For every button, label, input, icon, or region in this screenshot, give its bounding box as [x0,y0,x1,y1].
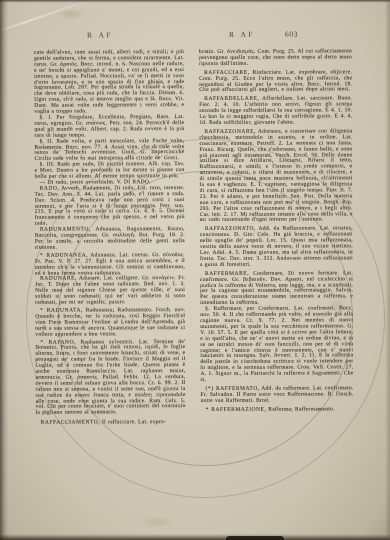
entry-headword: * RADUNANZA [40,252,86,258]
entry-headword: RADO [40,185,58,191]
running-head-right: R AF [229,30,255,39]
scanned-book-page: R AF R AF 603 cata dell'alveo, rami assa… [0,0,390,540]
column-left: cata dell'alveo, rami assai radi, alberi… [34,50,186,427]
scan-edge-top [0,0,390,3]
entry-paragraph: RADUNAMENTO, Adunanza, Ragunamento, Raun… [35,227,185,251]
entry-paragraph: * RADUNANZA, Adunanza. Lat. coetus. Gr. … [35,253,185,277]
entry-headword: (*) RAFFERMATO [206,386,258,392]
text-paragraph: §. II. Rade volte, e parti mescolate, va… [34,139,184,163]
entry-paragraph: * RAFFERMAZIONE, Rafferma; Raffermamento… [201,407,354,414]
text-paragraph: §. III. Rado per rado, Di picciol numero… [35,162,185,180]
entry-paragraph: RADO, Avverb. Radamente, Di rado. Lat. r… [35,186,185,228]
entry-headword: RADUNAMENTO [40,227,89,233]
entry-headword: RAFFARDELLARE [204,96,257,102]
entry-headword: * RADUNATA [40,307,81,313]
entry-headword: RADUNARE [40,276,75,282]
scan-bottom-blot [226,536,284,540]
entry-paragraph: RAFFAZZONARE, Adornare, e riassettare co… [199,129,352,224]
scan-edge-bottom [0,534,390,540]
entry-paragraph: RAFFAZZONATO, Add. da Raffazzonare. Lat.… [200,227,353,269]
entry-paragraph: RAFFACCIAMENTO, Il raffacciare. Lat. exp… [36,420,186,427]
text-paragraph: cata dell'alveo, rami assai radi, alberi… [34,50,184,116]
entry-paragraph: RAFFARDELLARE, Affardellare. Lat. sarcin… [199,97,352,127]
scan-edge-left [0,0,8,540]
entry-headword: * RAFANO [40,339,74,345]
entry-paragraph: * RAFANO, Raphanus sylvestris. Lat. Term… [35,340,185,417]
entry-paragraph: RAFFACCIARE, Rinfacciare. Lat. exprobrar… [199,70,352,94]
entry-paragraph: * RADUNATA, Radunanza; Radunamento. Forc… [35,308,185,338]
text-paragraph: §. I. Per Singolare, Eccellente, Pregiat… [34,115,184,139]
entry-headword: RAFFACCIARE [204,69,248,75]
entry-headword: * RAFFERMAZIONE [206,406,265,412]
page-text-area: R AF R AF 603 cata dell'alveo, rami assa… [0,0,390,540]
entry-paragraph: RAFFERMARE, Confermare, Di nuovo fermare… [200,271,353,307]
entry-paragraph: RADUNARE, Adunare. Lat. colligere. Gr. σ… [35,276,185,306]
entry-headword: RAFFAZZONARE [204,129,254,135]
entry-paragraph: (*) RAFFERMATO, Add. da raffermare. Lat.… [201,386,354,404]
entry-headword: RAFFACCIAMENTO [41,420,99,426]
text-paragraph: bratio. Gr. ὀνειδισμός. Com. Purg. 25. A… [199,49,352,67]
scan-edge-right [385,0,390,540]
text-paragraph: §. Raffermare, per Confermarsi. Lat. con… [200,306,353,383]
entry-headword: RAFFAZZONATO [205,226,254,232]
entry-headword: RAFFERMARE [205,270,247,276]
page-number: 603 [285,30,298,39]
column-right: bratio. Gr. ὀνειδισμός. Com. Purg. 25. A… [199,49,354,413]
running-head-left: R AF [87,30,113,39]
